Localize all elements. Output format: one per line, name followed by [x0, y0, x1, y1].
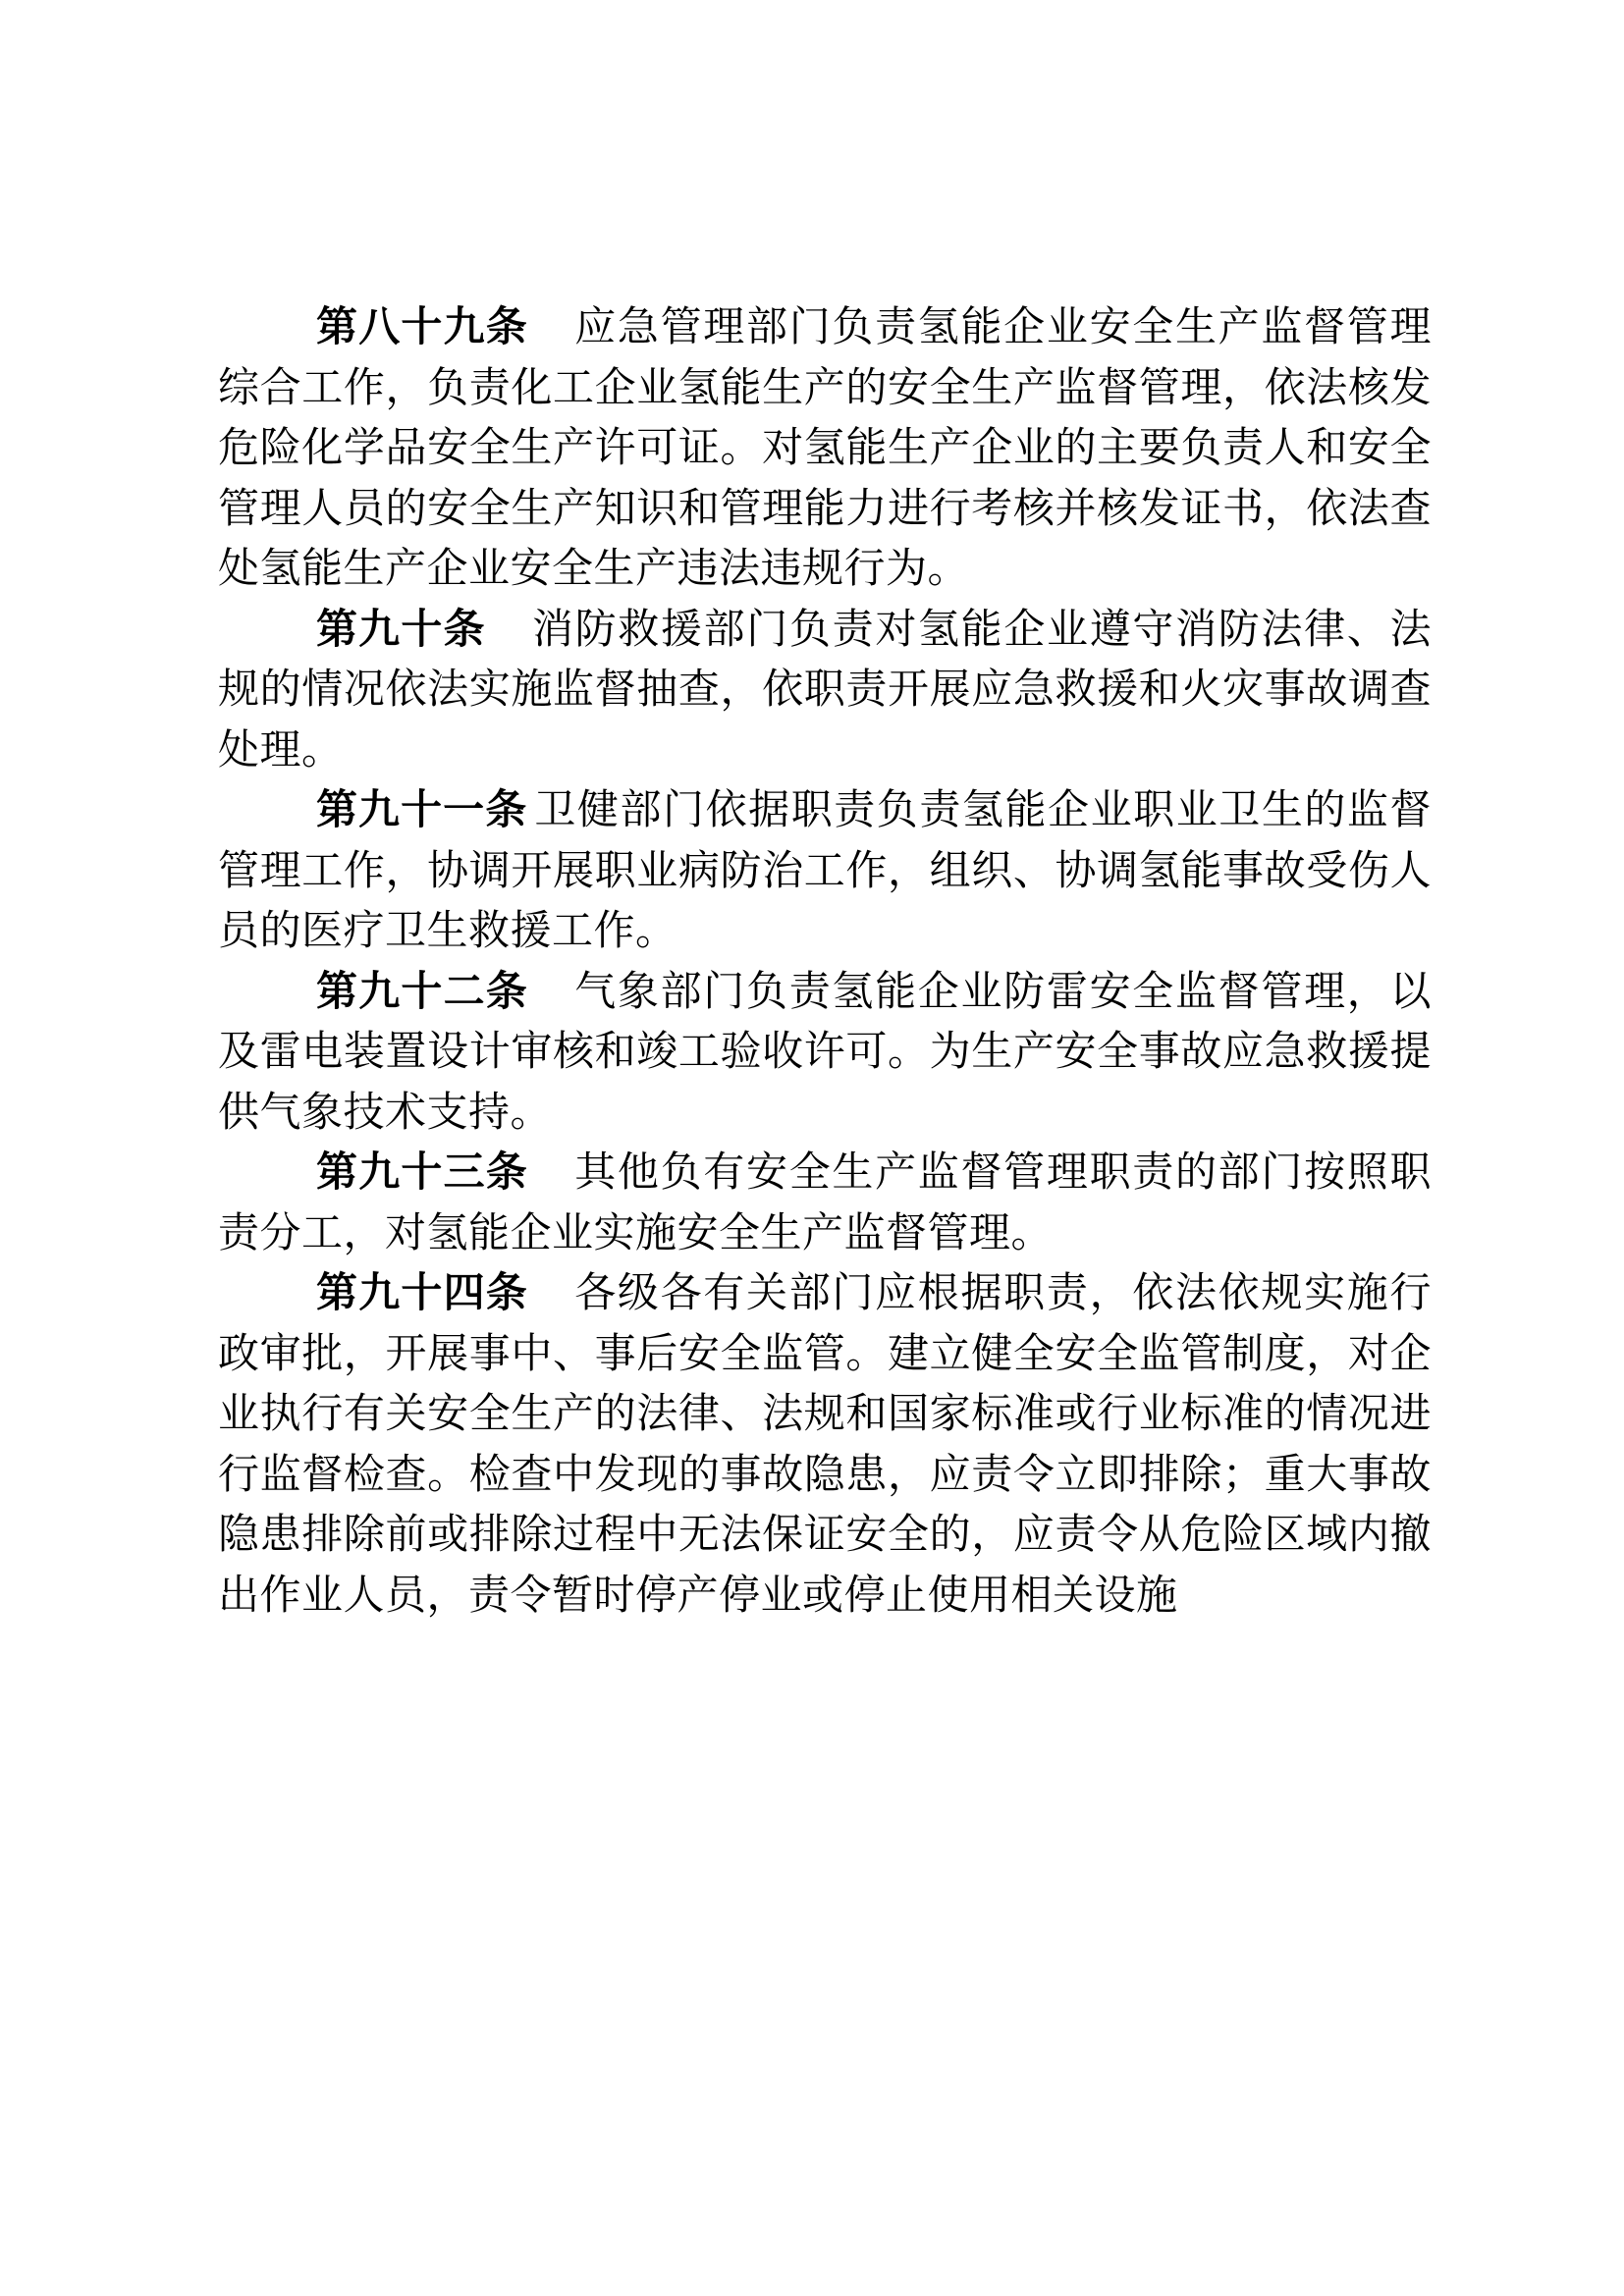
article-93: 第九十三条其他负有安全生产监督管理职责的部门按照职责分工，对氢能企业实施安全生产… — [218, 1142, 1432, 1262]
article-91: 第九十一条卫健部门依据职责负责氢能企业职业卫生的监督管理工作，协调开展职业病防治… — [218, 779, 1432, 961]
article-number: 第九十条 — [316, 605, 486, 653]
article-92: 第九十二条气象部门负责氢能企业防雷安全监督管理，以及雷电装置设计审核和竣工验收许… — [218, 961, 1432, 1143]
article-number: 第九十三条 — [316, 1148, 528, 1196]
article-number: 第九十四条 — [316, 1268, 528, 1316]
article-number: 第九十一条 — [316, 785, 527, 833]
document-page: 第八十九条应急管理部门负责氢能企业安全生产监督管理综合工作，负责化工企业氢能生产… — [218, 296, 1432, 1625]
article-number: 第八十九条 — [316, 302, 528, 350]
article-89: 第八十九条应急管理部门负责氢能企业安全生产监督管理综合工作，负责化工企业氢能生产… — [218, 296, 1432, 599]
article-number: 第九十二条 — [316, 967, 528, 1015]
article-text: 各级各有关部门应根据职责，依法依规实施行政审批，开展事中、事后安全监管。建立健全… — [218, 1268, 1432, 1619]
article-90: 第九十条消防救援部门负责对氢能企业遵守消防法律、法规的情况依法实施监督抽查，依职… — [218, 599, 1432, 780]
article-94: 第九十四条各级各有关部门应根据职责，依法依规实施行政审批，开展事中、事后安全监管… — [218, 1262, 1432, 1625]
